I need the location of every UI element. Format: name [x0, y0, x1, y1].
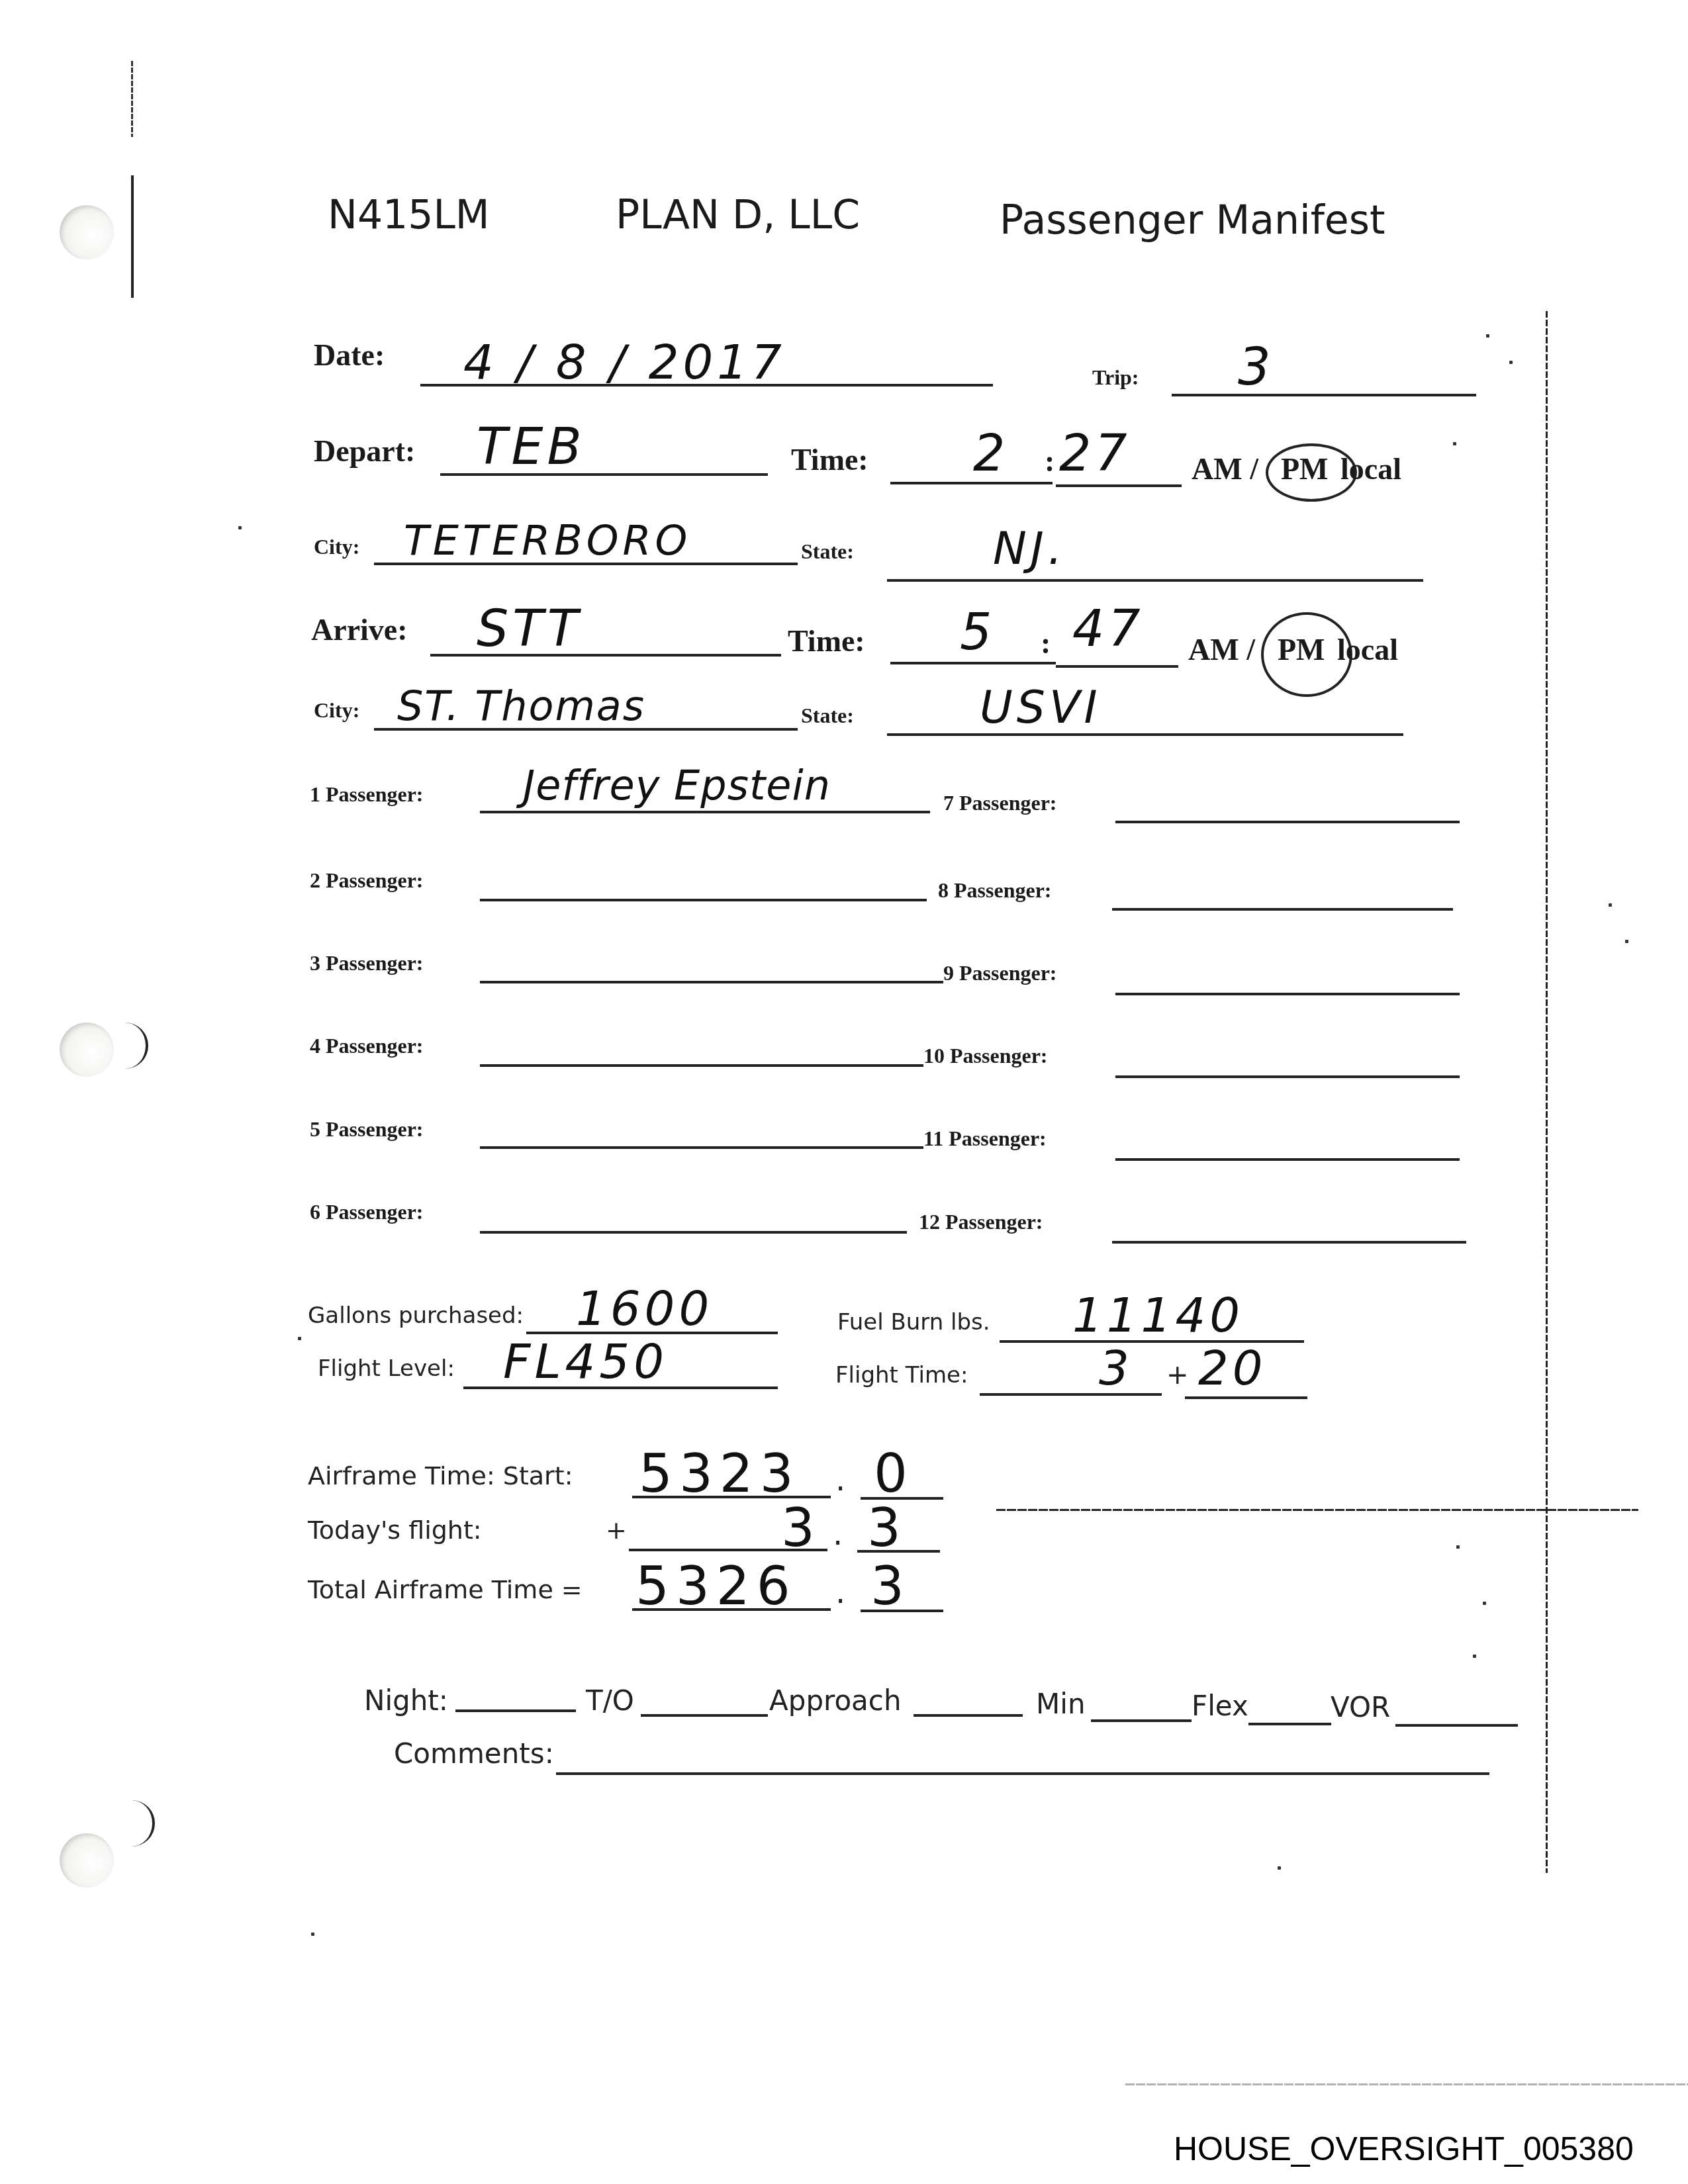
scan-speck: [1609, 903, 1612, 907]
arrive-state-label: State:: [801, 704, 854, 728]
arrive-state-value: USVI: [980, 682, 1102, 734]
airframe-start-whole: 5323: [639, 1443, 800, 1504]
scan-speck: [1486, 334, 1489, 338]
binder-hole-top: [60, 205, 114, 259]
flight-level-value: FL450: [503, 1334, 668, 1389]
today-whole: 3: [781, 1497, 819, 1559]
passenger-9-field[interactable]: [1115, 953, 1460, 995]
night-field[interactable]: [455, 1676, 576, 1712]
comments-label: Comments:: [394, 1737, 554, 1770]
depart-state-label: State:: [801, 539, 854, 564]
total-airframe-label: Total Airframe Time =: [308, 1575, 583, 1604]
depart-time-minute: 27: [1059, 424, 1131, 482]
fuel-burn-label: Fuel Burn lbs.: [837, 1309, 990, 1336]
scan-speck: [1483, 1602, 1486, 1605]
depart-am-label: AM /: [1192, 451, 1258, 486]
total-decimal: 3: [870, 1555, 908, 1617]
trip-field[interactable]: [1172, 354, 1476, 396]
depart-time-colon: :: [1045, 443, 1055, 478]
min-field[interactable]: [1091, 1686, 1192, 1722]
depart-value: TEB: [477, 417, 586, 476]
scan-speck: [238, 526, 242, 529]
scan-speck: [298, 1337, 301, 1340]
bates-number: HOUSE_OVERSIGHT_005380: [1174, 2130, 1634, 2168]
fuel-burn-value: 11140: [1072, 1287, 1244, 1343]
depart-time-hour: 2: [973, 424, 1009, 482]
passenger-10-label: 10 Passenger:: [923, 1044, 1048, 1068]
depart-label: Depart:: [314, 433, 415, 469]
total-whole: 5326: [635, 1555, 797, 1617]
arrive-city-value: ST. Thomas: [397, 682, 645, 730]
approach-label: Approach: [769, 1684, 902, 1717]
flight-time-label: Flight Time:: [835, 1362, 968, 1388]
airframe-start-decimal: 0: [874, 1443, 912, 1504]
passenger-4-label: 4 Passenger:: [310, 1034, 424, 1058]
depart-time-hour-field[interactable]: [890, 442, 1053, 484]
flex-label: Flex: [1192, 1690, 1248, 1722]
airframe-divider-line: [996, 1509, 1638, 1511]
scan-speck: [1509, 361, 1513, 364]
passenger-8-label: 8 Passenger:: [938, 878, 1052, 903]
vor-field[interactable]: [1395, 1691, 1518, 1727]
passenger-6-label: 6 Passenger:: [310, 1200, 424, 1224]
arrive-local-label: local: [1337, 632, 1398, 667]
gallons-value: 1600: [576, 1281, 713, 1336]
passenger-7-label: 7 Passenger:: [943, 791, 1057, 815]
today-decimal: 3: [867, 1497, 905, 1559]
airframe-start-label: Airframe Time: Start:: [308, 1461, 573, 1490]
passenger-5-label: 5 Passenger:: [310, 1117, 424, 1142]
bottom-scan-line: [1125, 2083, 1688, 2085]
margin-line-left: [131, 175, 134, 298]
passenger-1-value: Jeffrey Epstein: [523, 761, 831, 809]
passenger-1-label: 1 Passenger:: [310, 782, 424, 807]
arrive-am-label: AM /: [1188, 632, 1255, 667]
binder-arc-middle: [119, 1023, 148, 1069]
passenger-9-label: 9 Passenger:: [943, 961, 1057, 985]
gallons-label: Gallons purchased:: [308, 1302, 524, 1329]
airframe-start-dot: .: [835, 1461, 845, 1498]
total-dot: .: [835, 1574, 845, 1611]
flight-time-minutes: 20: [1198, 1340, 1267, 1396]
date-label: Date:: [314, 338, 385, 373]
passenger-12-field[interactable]: [1112, 1201, 1466, 1244]
passenger-3-label: 3 Passenger:: [310, 951, 424, 976]
scan-speck: [1456, 1545, 1460, 1549]
arrive-city-label: City:: [314, 698, 359, 723]
passenger-10-field[interactable]: [1115, 1036, 1460, 1078]
depart-state-field[interactable]: [887, 539, 1423, 582]
company-name: PLAN D, LLC: [616, 192, 860, 238]
depart-pm-label: PM: [1281, 451, 1329, 486]
scan-speck: [1453, 442, 1456, 445]
passenger-5-field[interactable]: [480, 1107, 923, 1149]
passenger-11-label: 11 Passenger:: [923, 1126, 1047, 1151]
arrive-time-hour: 5: [960, 602, 996, 661]
tail-number: N415LM: [328, 192, 490, 238]
today-flight-label: Today's flight:: [308, 1516, 482, 1545]
passenger-11-field[interactable]: [1115, 1118, 1460, 1161]
passenger-4-field[interactable]: [480, 1024, 923, 1067]
arrive-pm-label: PM: [1278, 632, 1325, 667]
passenger-8-field[interactable]: [1112, 868, 1453, 911]
trip-value: 3: [1238, 338, 1275, 397]
binder-hole-bottom: [60, 1833, 114, 1888]
passenger-12-label: 12 Passenger:: [919, 1210, 1043, 1234]
arrive-time-colon: :: [1041, 625, 1051, 660]
scan-speck: [311, 1933, 314, 1936]
scan-speck: [1278, 1866, 1281, 1870]
date-value: 4 / 8 / 2017: [463, 334, 786, 390]
depart-city-value: TETERBORO: [404, 516, 691, 565]
approach-field[interactable]: [914, 1681, 1023, 1717]
depart-state-value: NJ.: [993, 523, 1066, 575]
trip-label: Trip:: [1092, 365, 1139, 390]
passenger-6-field[interactable]: [480, 1191, 907, 1234]
passenger-3-field[interactable]: [480, 941, 943, 983]
flex-field[interactable]: [1248, 1690, 1331, 1725]
margin-line-top: [131, 61, 133, 137]
today-operator: +: [606, 1516, 627, 1545]
passenger-2-label: 2 Passenger:: [310, 868, 424, 893]
arrive-value: STT: [477, 599, 582, 658]
vor-label: VOR: [1331, 1691, 1390, 1723]
arrive-time-label: Time:: [788, 623, 865, 659]
depart-local-label: local: [1340, 451, 1401, 486]
arrive-state-field[interactable]: [887, 694, 1403, 736]
night-label: Night:: [364, 1684, 448, 1717]
arrive-time-minute: 47: [1072, 599, 1145, 658]
arrive-label: Arrive:: [311, 612, 408, 647]
passenger-7-field[interactable]: [1115, 781, 1460, 823]
flight-time-hours: 3: [1099, 1340, 1133, 1396]
flight-time-hours-field[interactable]: [980, 1353, 1162, 1396]
min-label: Min: [1036, 1688, 1086, 1720]
form-title: Passenger Manifest: [1000, 197, 1385, 244]
to-field[interactable]: [641, 1681, 768, 1717]
depart-time-label: Time:: [791, 442, 868, 477]
right-margin-line: [1546, 311, 1548, 1873]
binder-hole-middle: [60, 1023, 114, 1077]
scan-speck: [1473, 1655, 1476, 1658]
depart-city-label: City:: [314, 535, 359, 559]
passenger-2-field[interactable]: [480, 859, 927, 901]
to-label: T/O: [586, 1684, 634, 1717]
today-dot: .: [833, 1516, 843, 1553]
scan-speck: [1625, 940, 1628, 943]
flight-level-label: Flight Level:: [318, 1355, 455, 1382]
comments-field[interactable]: [556, 1739, 1489, 1775]
binder-arc-bottom: [126, 1800, 155, 1846]
